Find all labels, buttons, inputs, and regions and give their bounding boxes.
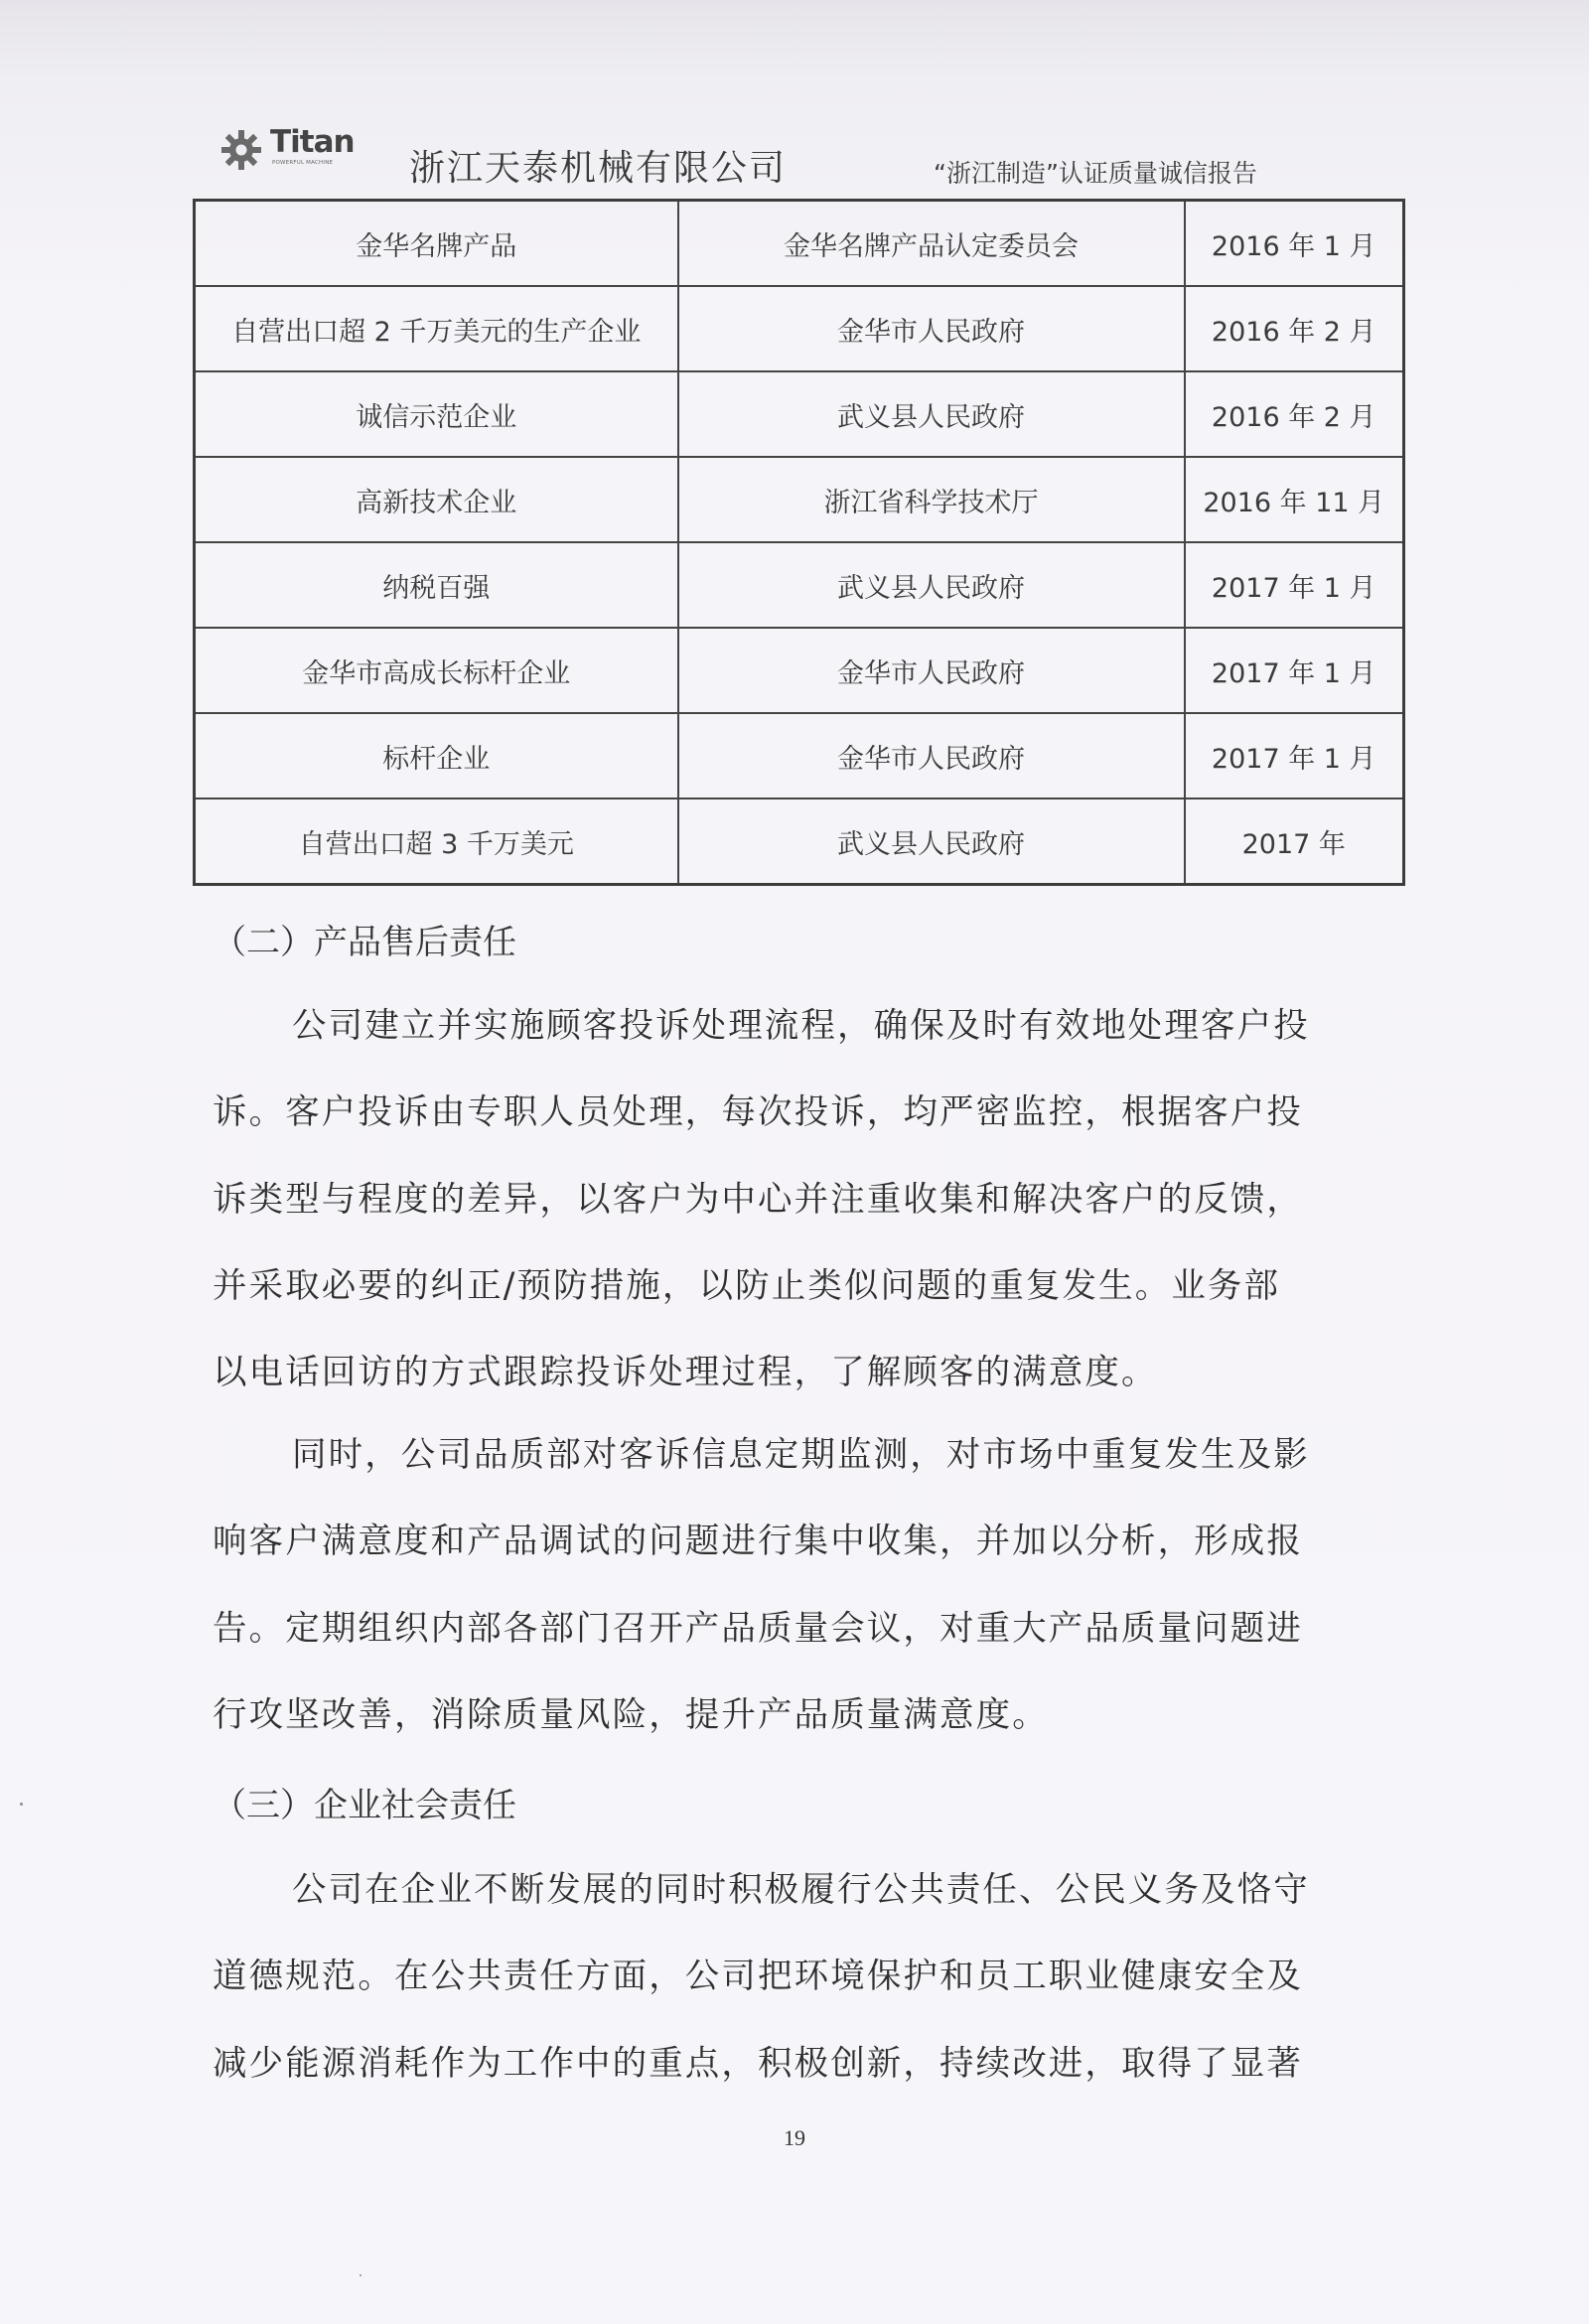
award-issuer: 武义县人民政府 — [678, 371, 1185, 457]
award-name: 自营出口超 2 千万美元的生产企业 — [195, 286, 678, 371]
award-issuer: 武义县人民政府 — [678, 542, 1185, 628]
paragraph-quality-monitoring: 同时，公司品质部对客诉信息定期监测，对市场中重复发生及影 响客户满意度和产品调试… — [213, 1412, 1355, 1759]
award-name: 金华名牌产品 — [195, 201, 678, 287]
table-row: 金华市高成长标杆企业 金华市人民政府 2017 年 1 月 — [195, 628, 1404, 713]
table-row: 标杆企业 金华市人民政府 2017 年 1 月 — [195, 713, 1404, 799]
text-line: 行攻坚改善，消除质量风险，提升产品质量满意度。 — [213, 1672, 1355, 1759]
text-line: 并采取必要的纠正/预防措施，以防止类似问题的重复发生。业务部 — [213, 1243, 1355, 1330]
table-row: 纳税百强 武义县人民政府 2017 年 1 月 — [195, 542, 1404, 628]
logo-tagline: POWERFUL MACHINE — [272, 160, 333, 166]
text-line: 减少能源消耗作为工作中的重点，积极创新，持续改进，取得了显著 — [213, 2021, 1355, 2107]
award-date: 2017 年 — [1185, 799, 1404, 885]
award-name: 金华市高成长标杆企业 — [195, 628, 678, 713]
text-line: 同时，公司品质部对客诉信息定期监测，对市场中重复发生及影 — [213, 1412, 1355, 1499]
award-name: 纳税百强 — [195, 542, 678, 628]
text-line: 诉。客户投诉由专职人员处理，每次投诉，均严密监控，根据客户投 — [213, 1070, 1355, 1156]
award-name: 自营出口超 3 千万美元 — [195, 799, 678, 885]
section-heading-social-responsibility: （三）企业社会责任 — [213, 1784, 516, 1827]
paragraph-public-responsibility: 公司在企业不断发展的同时积极履行公共责任、公民义务及恪守 道德规范。在公共责任方… — [213, 1847, 1355, 2107]
award-date: 2017 年 1 月 — [1185, 713, 1404, 799]
award-name: 诚信示范企业 — [195, 371, 678, 457]
text-line: 公司建立并实施顾客投诉处理流程，确保及时有效地处理客户投 — [213, 983, 1355, 1070]
text-line: 诉类型与程度的差异，以客户为中心并注重收集和解决客户的反馈， — [213, 1157, 1355, 1243]
scan-speck — [20, 1803, 23, 1806]
gear-icon — [220, 129, 262, 171]
award-issuer: 武义县人民政府 — [678, 799, 1185, 885]
award-date: 2016 年 11 月 — [1185, 457, 1404, 542]
table-row: 自营出口超 3 千万美元 武义县人民政府 2017 年 — [195, 799, 1404, 885]
award-name: 标杆企业 — [195, 713, 678, 799]
award-issuer: 金华市人民政府 — [678, 713, 1185, 799]
company-logo: Titan POWERFUL MACHINE — [220, 127, 369, 175]
report-title: “浙江制造”认证质量诚信报告 — [934, 159, 1257, 189]
text-line: 以电话回访的方式跟踪投诉处理过程，了解顾客的满意度。 — [213, 1330, 1355, 1416]
paragraph-complaint-handling: 公司建立并实施顾客投诉处理流程，确保及时有效地处理客户投 诉。客户投诉由专职人员… — [213, 983, 1355, 1416]
award-date: 2016 年 2 月 — [1185, 286, 1404, 371]
logo-wordmark: Titan — [270, 125, 355, 159]
text-line: 公司在企业不断发展的同时积极履行公共责任、公民义务及恪守 — [213, 1847, 1355, 1934]
award-date: 2017 年 1 月 — [1185, 542, 1404, 628]
page-number: 19 — [775, 2125, 814, 2151]
table-row: 金华名牌产品 金华名牌产品认定委员会 2016 年 1 月 — [195, 201, 1404, 287]
award-date: 2017 年 1 月 — [1185, 628, 1404, 713]
awards-table: 金华名牌产品 金华名牌产品认定委员会 2016 年 1 月 自营出口超 2 千万… — [193, 199, 1405, 886]
text-line: 道德规范。在公共责任方面，公司把环境保护和员工职业健康安全及 — [213, 1934, 1355, 2020]
table-row: 高新技术企业 浙江省科学技术厅 2016 年 11 月 — [195, 457, 1404, 542]
table-row: 自营出口超 2 千万美元的生产企业 金华市人民政府 2016 年 2 月 — [195, 286, 1404, 371]
section-heading-after-sales: （二）产品售后责任 — [213, 921, 516, 964]
award-issuer: 金华名牌产品认定委员会 — [678, 201, 1185, 287]
scan-speck — [360, 2274, 361, 2276]
company-name: 浙江天泰机械有限公司 — [409, 147, 787, 191]
award-issuer: 金华市人民政府 — [678, 628, 1185, 713]
award-issuer: 金华市人民政府 — [678, 286, 1185, 371]
award-issuer: 浙江省科学技术厅 — [678, 457, 1185, 542]
table-row: 诚信示范企业 武义县人民政府 2016 年 2 月 — [195, 371, 1404, 457]
award-name: 高新技术企业 — [195, 457, 678, 542]
text-line: 响客户满意度和产品调试的问题进行集中收集，并加以分析，形成报 — [213, 1499, 1355, 1585]
text-line: 告。定期组织内部各部门召开产品质量会议，对重大产品质量问题进 — [213, 1586, 1355, 1672]
award-date: 2016 年 2 月 — [1185, 371, 1404, 457]
award-date: 2016 年 1 月 — [1185, 201, 1404, 287]
